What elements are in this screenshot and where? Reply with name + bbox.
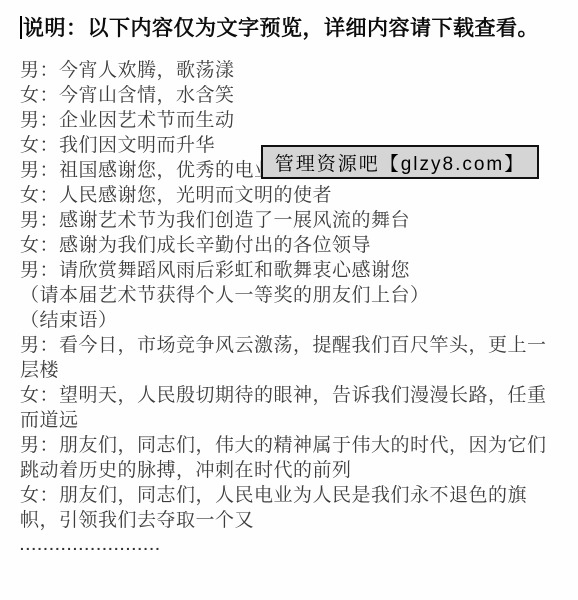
- script-line: 男：感谢艺术节为我们创造了一展风流的舞台: [20, 208, 568, 233]
- script-line: 女：今宵山含情，水含笑: [20, 83, 568, 108]
- script-line: 女：感谢为我们成长辛勤付出的各位领导: [20, 233, 568, 258]
- script-line: 男：看今日，市场竞争风云激荡，提醒我们百尺竿头，更上一: [20, 333, 568, 358]
- script-lines: 男：今宵人欢腾，歌荡漾 女：今宵山含情，水含笑 男：企业因艺术节而生动 女：我们…: [20, 58, 568, 558]
- script-line: 层楼: [20, 358, 568, 383]
- script-line: 女：朋友们，同志们，人民电业为人民是我们永不退色的旗: [20, 483, 568, 508]
- script-line: （请本届艺术节获得个人一等奖的朋友们上台）: [20, 283, 568, 308]
- script-line: （结束语）: [20, 308, 568, 333]
- watermark-text: 管理资源吧【glzy8.com】: [275, 149, 526, 176]
- script-line: 男：今宵人欢腾，歌荡漾: [20, 58, 568, 83]
- preview-notice-text: 说明：以下内容仅为文字预览，详细内容请下载查看。: [23, 17, 539, 40]
- script-line: 男：朋友们，同志们，伟大的精神属于伟大的时代，因为它们: [20, 433, 568, 458]
- script-line: 女：人民感谢您，光明而文明的使者: [20, 183, 568, 208]
- text-cursor: [20, 16, 22, 39]
- preview-page: 说明：以下内容仅为文字预览，详细内容请下载查看。 男：今宵人欢腾，歌荡漾 女：今…: [0, 0, 578, 600]
- script-line: 女：望明天，人民殷切期待的眼神，告诉我们漫漫长路，任重: [20, 383, 568, 408]
- script-line: 帜，引领我们去夺取一个又: [20, 508, 568, 533]
- ellipsis-line: ........................: [20, 533, 568, 558]
- script-line: 男：企业因艺术节而生动: [20, 108, 568, 133]
- script-line: 男：请欣赏舞蹈风雨后彩虹和歌舞衷心感谢您: [20, 258, 568, 283]
- watermark-box: 管理资源吧【glzy8.com】: [261, 145, 539, 179]
- script-line: 而道远: [20, 408, 568, 433]
- script-line: 跳动着历史的脉搏，冲刺在时代的前列: [20, 458, 568, 483]
- preview-notice: 说明：以下内容仅为文字预览，详细内容请下载查看。: [20, 15, 539, 42]
